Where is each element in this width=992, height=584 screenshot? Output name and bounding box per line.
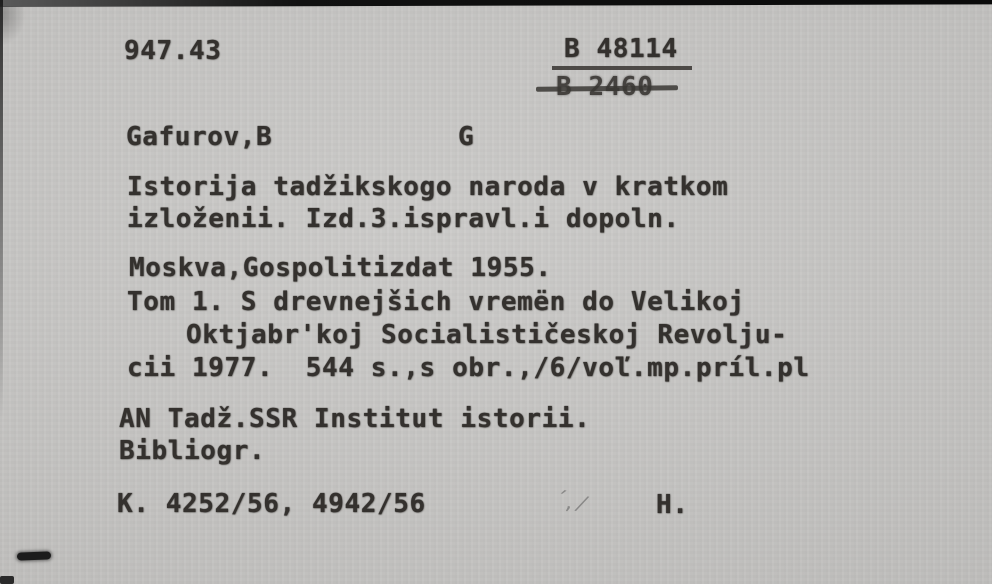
annotation-letter: H.	[656, 490, 689, 520]
author-heading: Gafurov,B	[126, 122, 272, 152]
bibliography-note: Bibliogr.	[119, 436, 265, 466]
corner-smudge	[0, 6, 26, 46]
bottom-left-ink-dash	[17, 551, 51, 560]
catalog-card-scan: 947.43 B 48114 B 2460 Gafurov,B G Istori…	[0, 0, 992, 584]
old-call-number: B 2460	[546, 72, 664, 162]
volume-line-3: cii 1977. 544 s.,s obr.,/6/voľ.mp.príl.p…	[127, 353, 810, 383]
title-line-2: izloženii. Izd.3.ispravl.i dopoln.	[127, 204, 680, 234]
accession-numbers: K. 4252/56, 4942/56	[117, 489, 426, 519]
classification-number: 947.43	[124, 36, 222, 66]
imprint-line: Moskva,Gospolitizdat 1955.	[129, 253, 552, 283]
volume-line-2: Oktjabr'koj Socialističeskoj Revolju-	[186, 320, 787, 350]
title-line-1: Istorija tadžikskogo naroda v kratkom	[127, 172, 728, 202]
scanner-edge-top	[0, 0, 992, 7]
pencil-marks: ´, ⁄	[553, 487, 586, 517]
cutter-letter: G	[458, 122, 474, 152]
corporate-body-line: AN Tadž.SSR Institut istorii.	[119, 404, 590, 434]
call-number-block: B 48114 B 2460	[552, 34, 692, 162]
scanner-edge-left	[0, 0, 3, 420]
strikethrough-line	[536, 85, 678, 91]
volume-line-1: Tom 1. S drevnejšich vremën do Velikoj	[127, 287, 745, 317]
bottom-left-corner-mark	[0, 576, 14, 584]
call-number: B 48114	[552, 34, 692, 70]
